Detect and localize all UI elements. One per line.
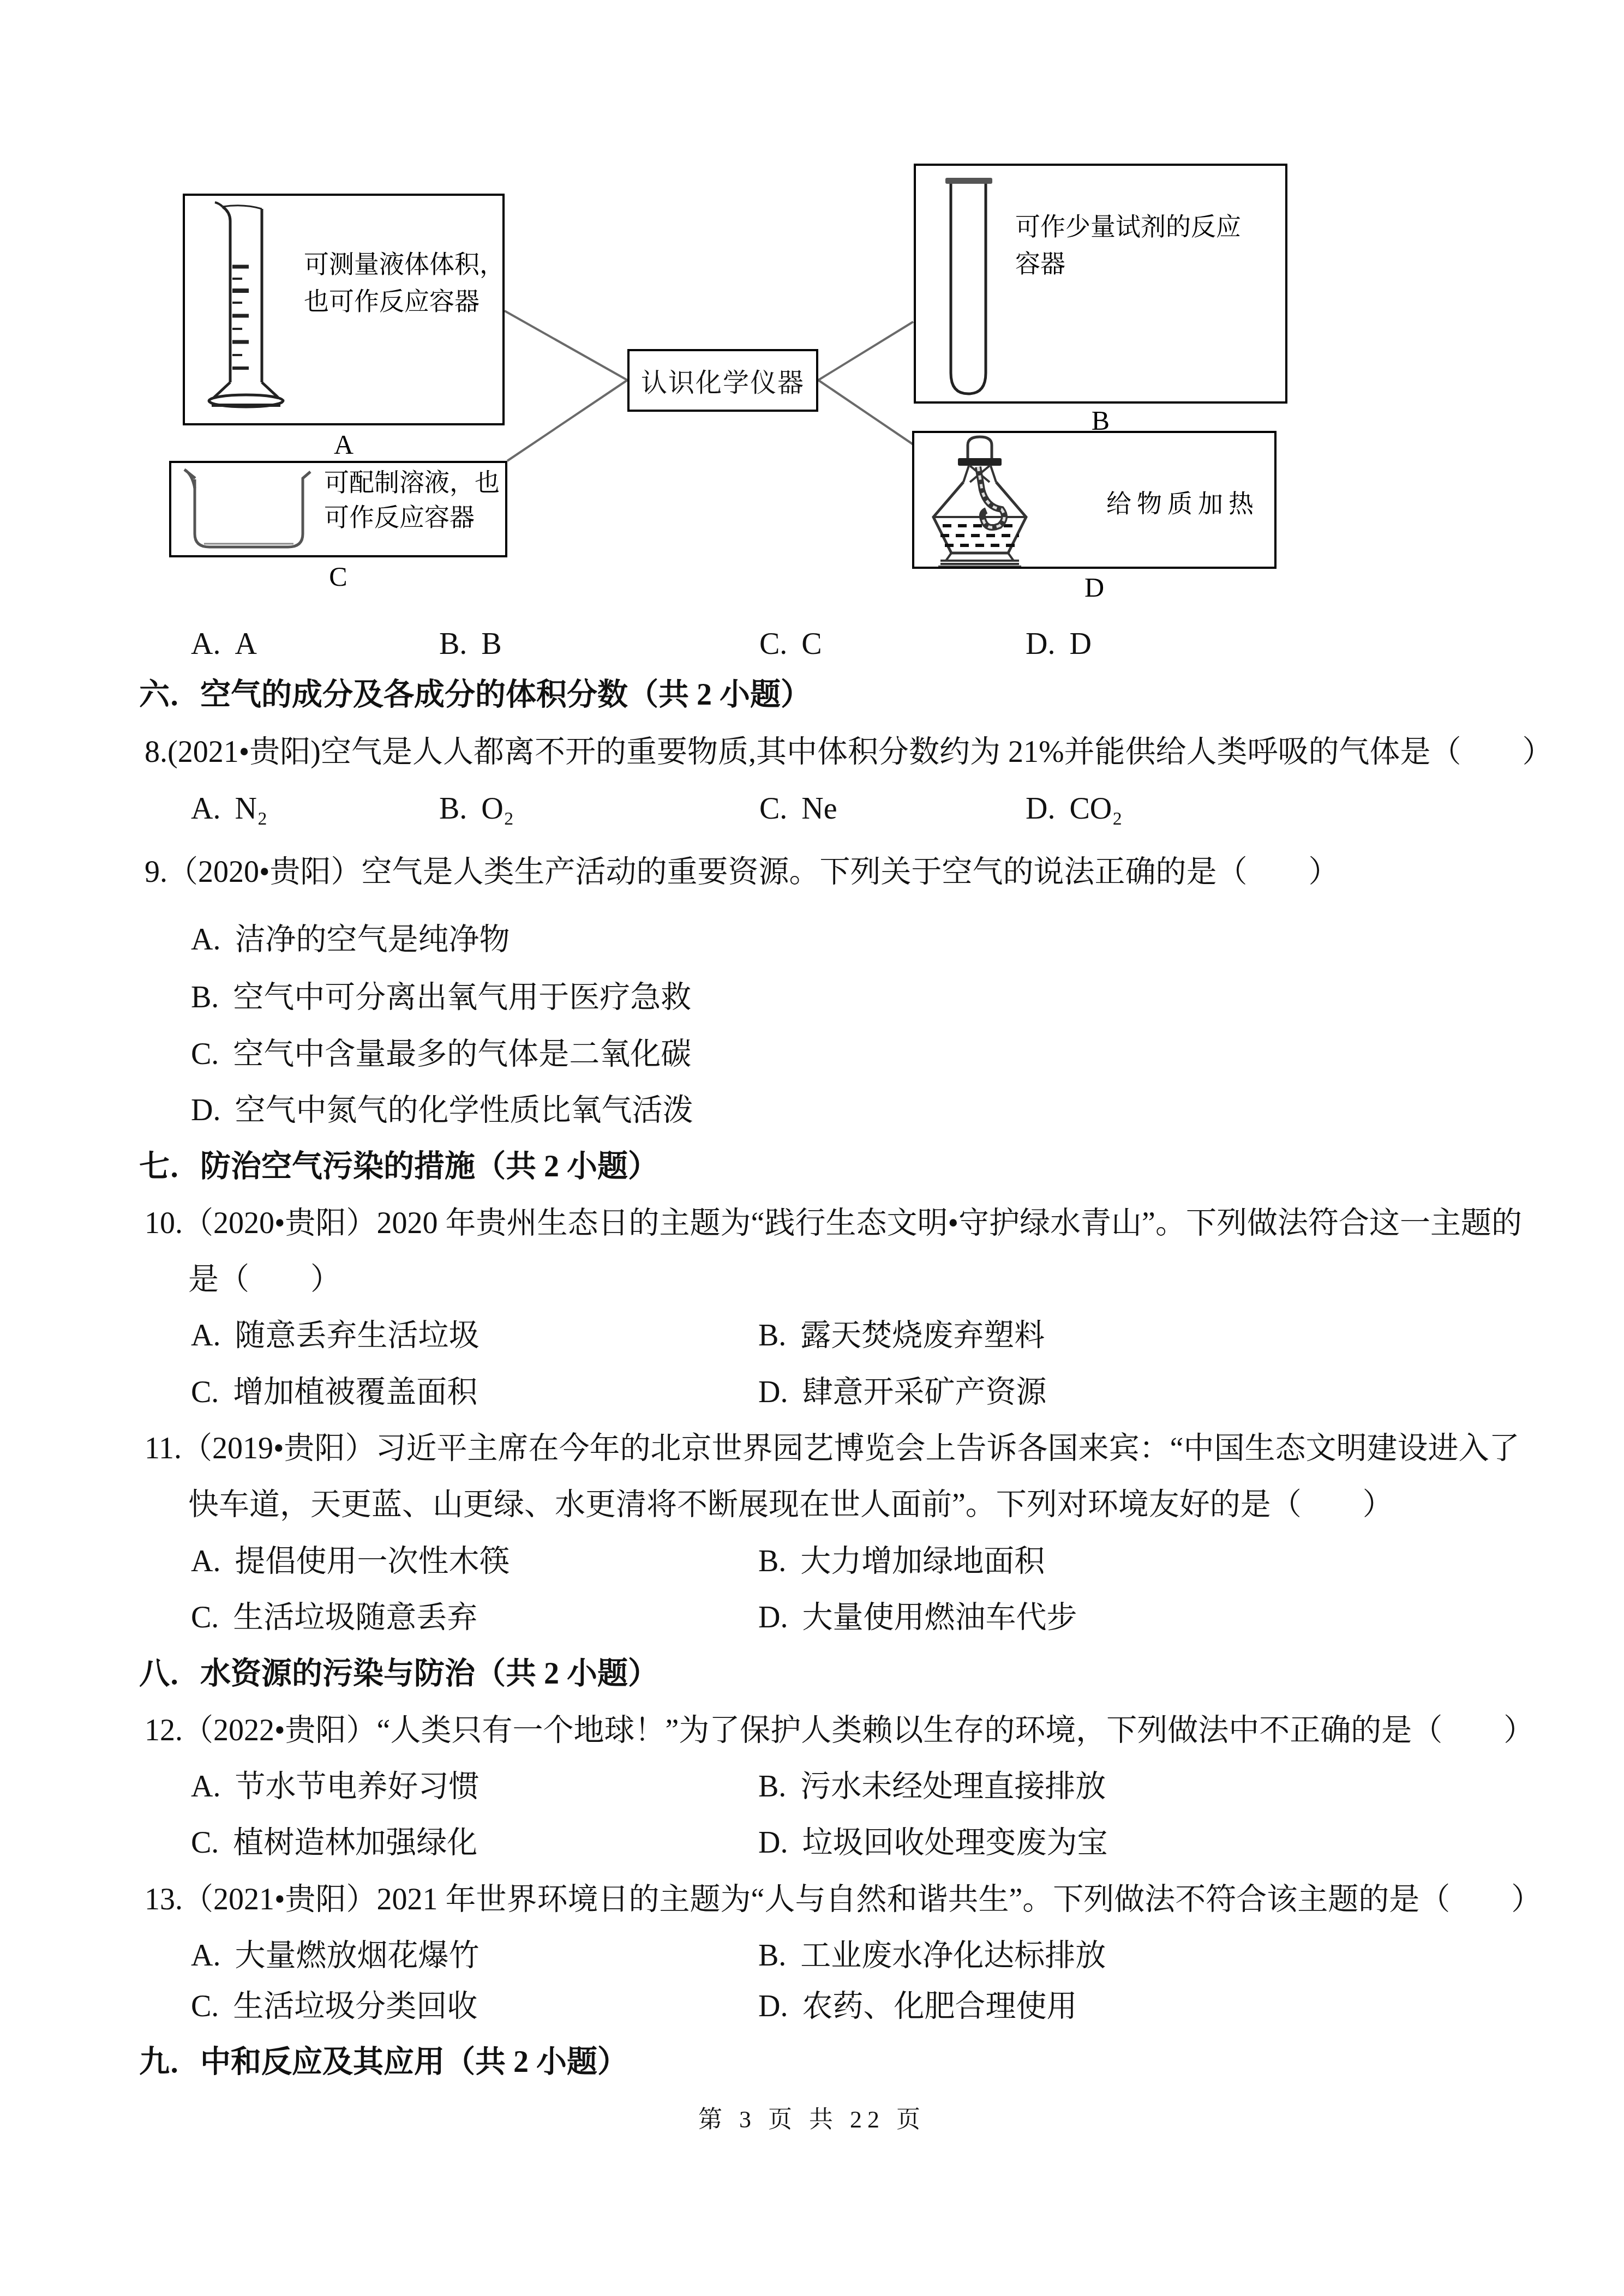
q13-option-d-text: 农药、化肥合理使用 (802, 1990, 1077, 2023)
q12-option-b: B.污水未经处理直接排放 (758, 1770, 1106, 1804)
question-12-text: 12.（2022•贵阳）“人类只有一个地球！”为了保护人类赖以生存的环境，下列做… (145, 1714, 1534, 1748)
option-c: C.C (759, 627, 822, 662)
diagram-label-a: A (183, 429, 505, 460)
test-tube-icon (942, 176, 997, 399)
page-footer: 第 3 页 共 22 页 (0, 2100, 1624, 2135)
section-7-heading: 七．防治空气污染的措施（共 2 小题） (139, 1150, 658, 1184)
q10-option-c: C.增加植被覆盖面积 (191, 1375, 477, 1410)
diagram-box-a: 可测量液体体积， 也可作反应容器 (183, 194, 505, 425)
q12-option-b-label: B. (758, 1770, 786, 1804)
diagram-label-d: D (912, 572, 1277, 603)
question-10-line2: 是（ ） (188, 1263, 341, 1297)
question-11-line1: 11.（2019•贵阳）习近平主席在今年的北京世界园艺博览会上告诉各国来宾：“中… (145, 1432, 1519, 1466)
q10-option-a-text: 随意丢弃生活垃圾 (235, 1319, 479, 1353)
q9-option-a-text: 洁净的空气是纯净物 (235, 923, 510, 957)
option-b-text: B (481, 627, 501, 661)
q11-option-d: D.大量使用燃油车代步 (758, 1601, 1077, 1635)
exam-document-page: 可测量液体体积， 也可作反应容器 A 可作少量试剂的反应 容器 B 可配制溶液，… (0, 0, 1624, 2296)
diagram-center-label: 认识化学仪器 (641, 362, 805, 399)
q9-option-c: C.空气中含量最多的气体是二氧化碳 (191, 1037, 691, 1072)
q8-option-d: D.CO₂ (1026, 792, 1123, 826)
q13-option-c-label: C. (191, 1990, 219, 2024)
question-10-line1: 10.（2020•贵阳）2020 年贵州生态日的主题为“践行生态文明•守护绿水青… (145, 1206, 1522, 1241)
q12-option-a-label: A. (191, 1770, 220, 1804)
q10-option-c-text: 增加植被覆盖面积 (233, 1375, 477, 1409)
box-b-caption-line2: 容器 (1015, 245, 1241, 283)
option-c-label: C. (759, 627, 787, 662)
q13-option-d: D.农药、化肥合理使用 (758, 1990, 1077, 2024)
q10-option-d: D.肆意开采矿产资源 (758, 1375, 1046, 1410)
q13-option-a: A.大量燃放烟花爆竹 (191, 1939, 479, 1973)
option-c-text: C (801, 627, 822, 661)
q13-option-b-label: B. (758, 1939, 786, 1973)
q9-option-c-label: C. (191, 1037, 219, 1072)
q8-option-b-text: O₂ (481, 792, 514, 826)
beaker-icon (178, 465, 320, 556)
diagram-box-c: 可配制溶液，也 可作反应容器 (169, 461, 507, 557)
box-a-caption-line2: 也可作反应容器 (304, 283, 505, 320)
q8-option-d-label: D. (1026, 792, 1055, 826)
graduated-cylinder-icon (199, 201, 297, 419)
q12-option-c: C.植树造林加强绿化 (191, 1826, 477, 1860)
option-a: A.A (191, 627, 257, 662)
q13-option-a-label: A. (191, 1939, 220, 1973)
q9-option-d-label: D. (191, 1093, 220, 1128)
q10-option-b: B.露天焚烧废弃塑料 (758, 1319, 1045, 1353)
option-d: D.D (1026, 627, 1092, 662)
q8-option-b: B.O₂ (439, 792, 514, 826)
q11-option-a: A.提倡使用一次性木筷 (191, 1544, 510, 1579)
q11-option-d-label: D. (758, 1601, 788, 1635)
q13-option-c: C.生活垃圾分类回收 (191, 1990, 477, 2024)
q10-option-b-label: B. (758, 1319, 786, 1353)
q8-option-c-text: Ne (801, 792, 837, 826)
box-b-caption-line1: 可作少量试剂的反应 (1015, 208, 1241, 245)
section-6-heading: 六．空气的成分及各成分的体积分数（共 2 小题） (139, 678, 811, 712)
q12-option-d-text: 垃圾回收处理变废为宝 (802, 1826, 1107, 1860)
q12-option-b-text: 污水未经处理直接排放 (800, 1770, 1106, 1804)
q11-option-d-text: 大量使用燃油车代步 (802, 1601, 1077, 1634)
option-d-label: D. (1026, 627, 1055, 662)
q11-option-b-text: 大力增加绿地面积 (800, 1544, 1045, 1578)
q8-option-a-label: A. (191, 792, 220, 826)
section-8-heading: 八．水资源的污染与防治（共 2 小题） (139, 1657, 658, 1691)
q11-option-c: C.生活垃圾随意丢弃 (191, 1601, 477, 1635)
q10-option-d-label: D. (758, 1375, 788, 1410)
question-9-text: 9.（2020•贵阳）空气是人类生产活动的重要资源。下列关于空气的说法正确的是（… (145, 855, 1339, 889)
q9-option-a-label: A. (191, 923, 220, 957)
diagram-label-c: C (169, 561, 507, 592)
q12-option-a-text: 节水节电养好习惯 (235, 1770, 479, 1804)
q13-option-c-text: 生活垃圾分类回收 (233, 1990, 477, 2023)
q9-option-b-label: B. (191, 981, 219, 1015)
option-b: B.B (439, 627, 502, 662)
box-c-caption-line1: 可配制溶液，也 (324, 465, 500, 500)
option-d-text: D (1069, 627, 1091, 661)
q12-option-c-text: 植树造林加强绿化 (233, 1826, 477, 1860)
q10-option-a-label: A. (191, 1319, 220, 1353)
q12-option-a: A.节水节电养好习惯 (191, 1770, 479, 1804)
diagram-center-node: 认识化学仪器 (627, 349, 818, 412)
q8-option-b-label: B. (439, 792, 467, 826)
box-c-caption-line2: 可作反应容器 (324, 500, 500, 535)
q9-option-c-text: 空气中含量最多的气体是二氧化碳 (233, 1037, 691, 1071)
q8-option-d-text: CO₂ (1069, 792, 1122, 826)
q13-option-b: B.工业废水净化达标排放 (758, 1939, 1106, 1973)
q9-option-b-text: 空气中可分离出氧气用于医疗急救 (233, 981, 691, 1014)
diagram-box-d: 给物质加热 (912, 431, 1277, 569)
q8-option-c: C.Ne (759, 792, 837, 826)
q11-option-a-text: 提倡使用一次性木筷 (235, 1544, 510, 1578)
box-d-caption-line1: 给物质加热 (1106, 485, 1259, 522)
box-a-caption-line1: 可测量液体体积， (304, 246, 505, 283)
q8-option-c-label: C. (759, 792, 787, 826)
q12-option-d-label: D. (758, 1826, 788, 1860)
q10-option-d-text: 肆意开采矿产资源 (802, 1375, 1046, 1409)
question-11-line2: 快车道，天更蓝、山更绿、水更清将不断展现在世人面前”。下列对环境友好的是（ ） (188, 1488, 1393, 1522)
q9-option-d: D.空气中氮气的化学性质比氧气活泼 (191, 1093, 693, 1128)
q9-option-a: A.洁净的空气是纯净物 (191, 923, 510, 957)
diagram-box-b: 可作少量试剂的反应 容器 (914, 164, 1287, 404)
q11-option-b: B.大力增加绿地面积 (758, 1544, 1045, 1579)
q12-option-c-label: C. (191, 1826, 219, 1860)
q10-option-a: A.随意丢弃生活垃圾 (191, 1319, 479, 1353)
q13-option-d-label: D. (758, 1990, 788, 2024)
q11-option-c-text: 生活垃圾随意丢弃 (233, 1601, 477, 1634)
q10-option-c-label: C. (191, 1375, 219, 1410)
q9-option-d-text: 空气中氮气的化学性质比氧气活泼 (235, 1093, 693, 1127)
q9-option-b: B.空气中可分离出氧气用于医疗急救 (191, 981, 691, 1015)
section-9-heading: 九．中和反应及其应用（共 2 小题） (139, 2045, 628, 2079)
option-a-text: A (235, 627, 256, 661)
q8-option-a-text: N₂ (235, 792, 267, 826)
option-b-label: B. (439, 627, 467, 662)
q10-option-b-text: 露天焚烧废弃塑料 (800, 1319, 1045, 1353)
question-13-text: 13.（2021•贵阳）2021 年世界环境日的主题为“人与自然和谐共生”。下列… (145, 1883, 1542, 1917)
q11-option-c-label: C. (191, 1601, 219, 1635)
q8-option-a: A.N₂ (191, 792, 267, 826)
option-a-label: A. (191, 627, 220, 662)
q11-option-b-label: B. (758, 1544, 786, 1579)
q11-option-a-label: A. (191, 1544, 220, 1579)
question-8-text: 8.(2021•贵阳)空气是人人都离不开的重要物质,其中体积分数约为 21%并能… (145, 735, 1553, 770)
q13-option-a-text: 大量燃放烟花爆竹 (235, 1939, 479, 1973)
q13-option-b-text: 工业废水净化达标排放 (800, 1939, 1106, 1973)
alcohol-lamp-icon (925, 435, 1100, 567)
q12-option-d: D.垃圾回收处理变废为宝 (758, 1826, 1107, 1860)
